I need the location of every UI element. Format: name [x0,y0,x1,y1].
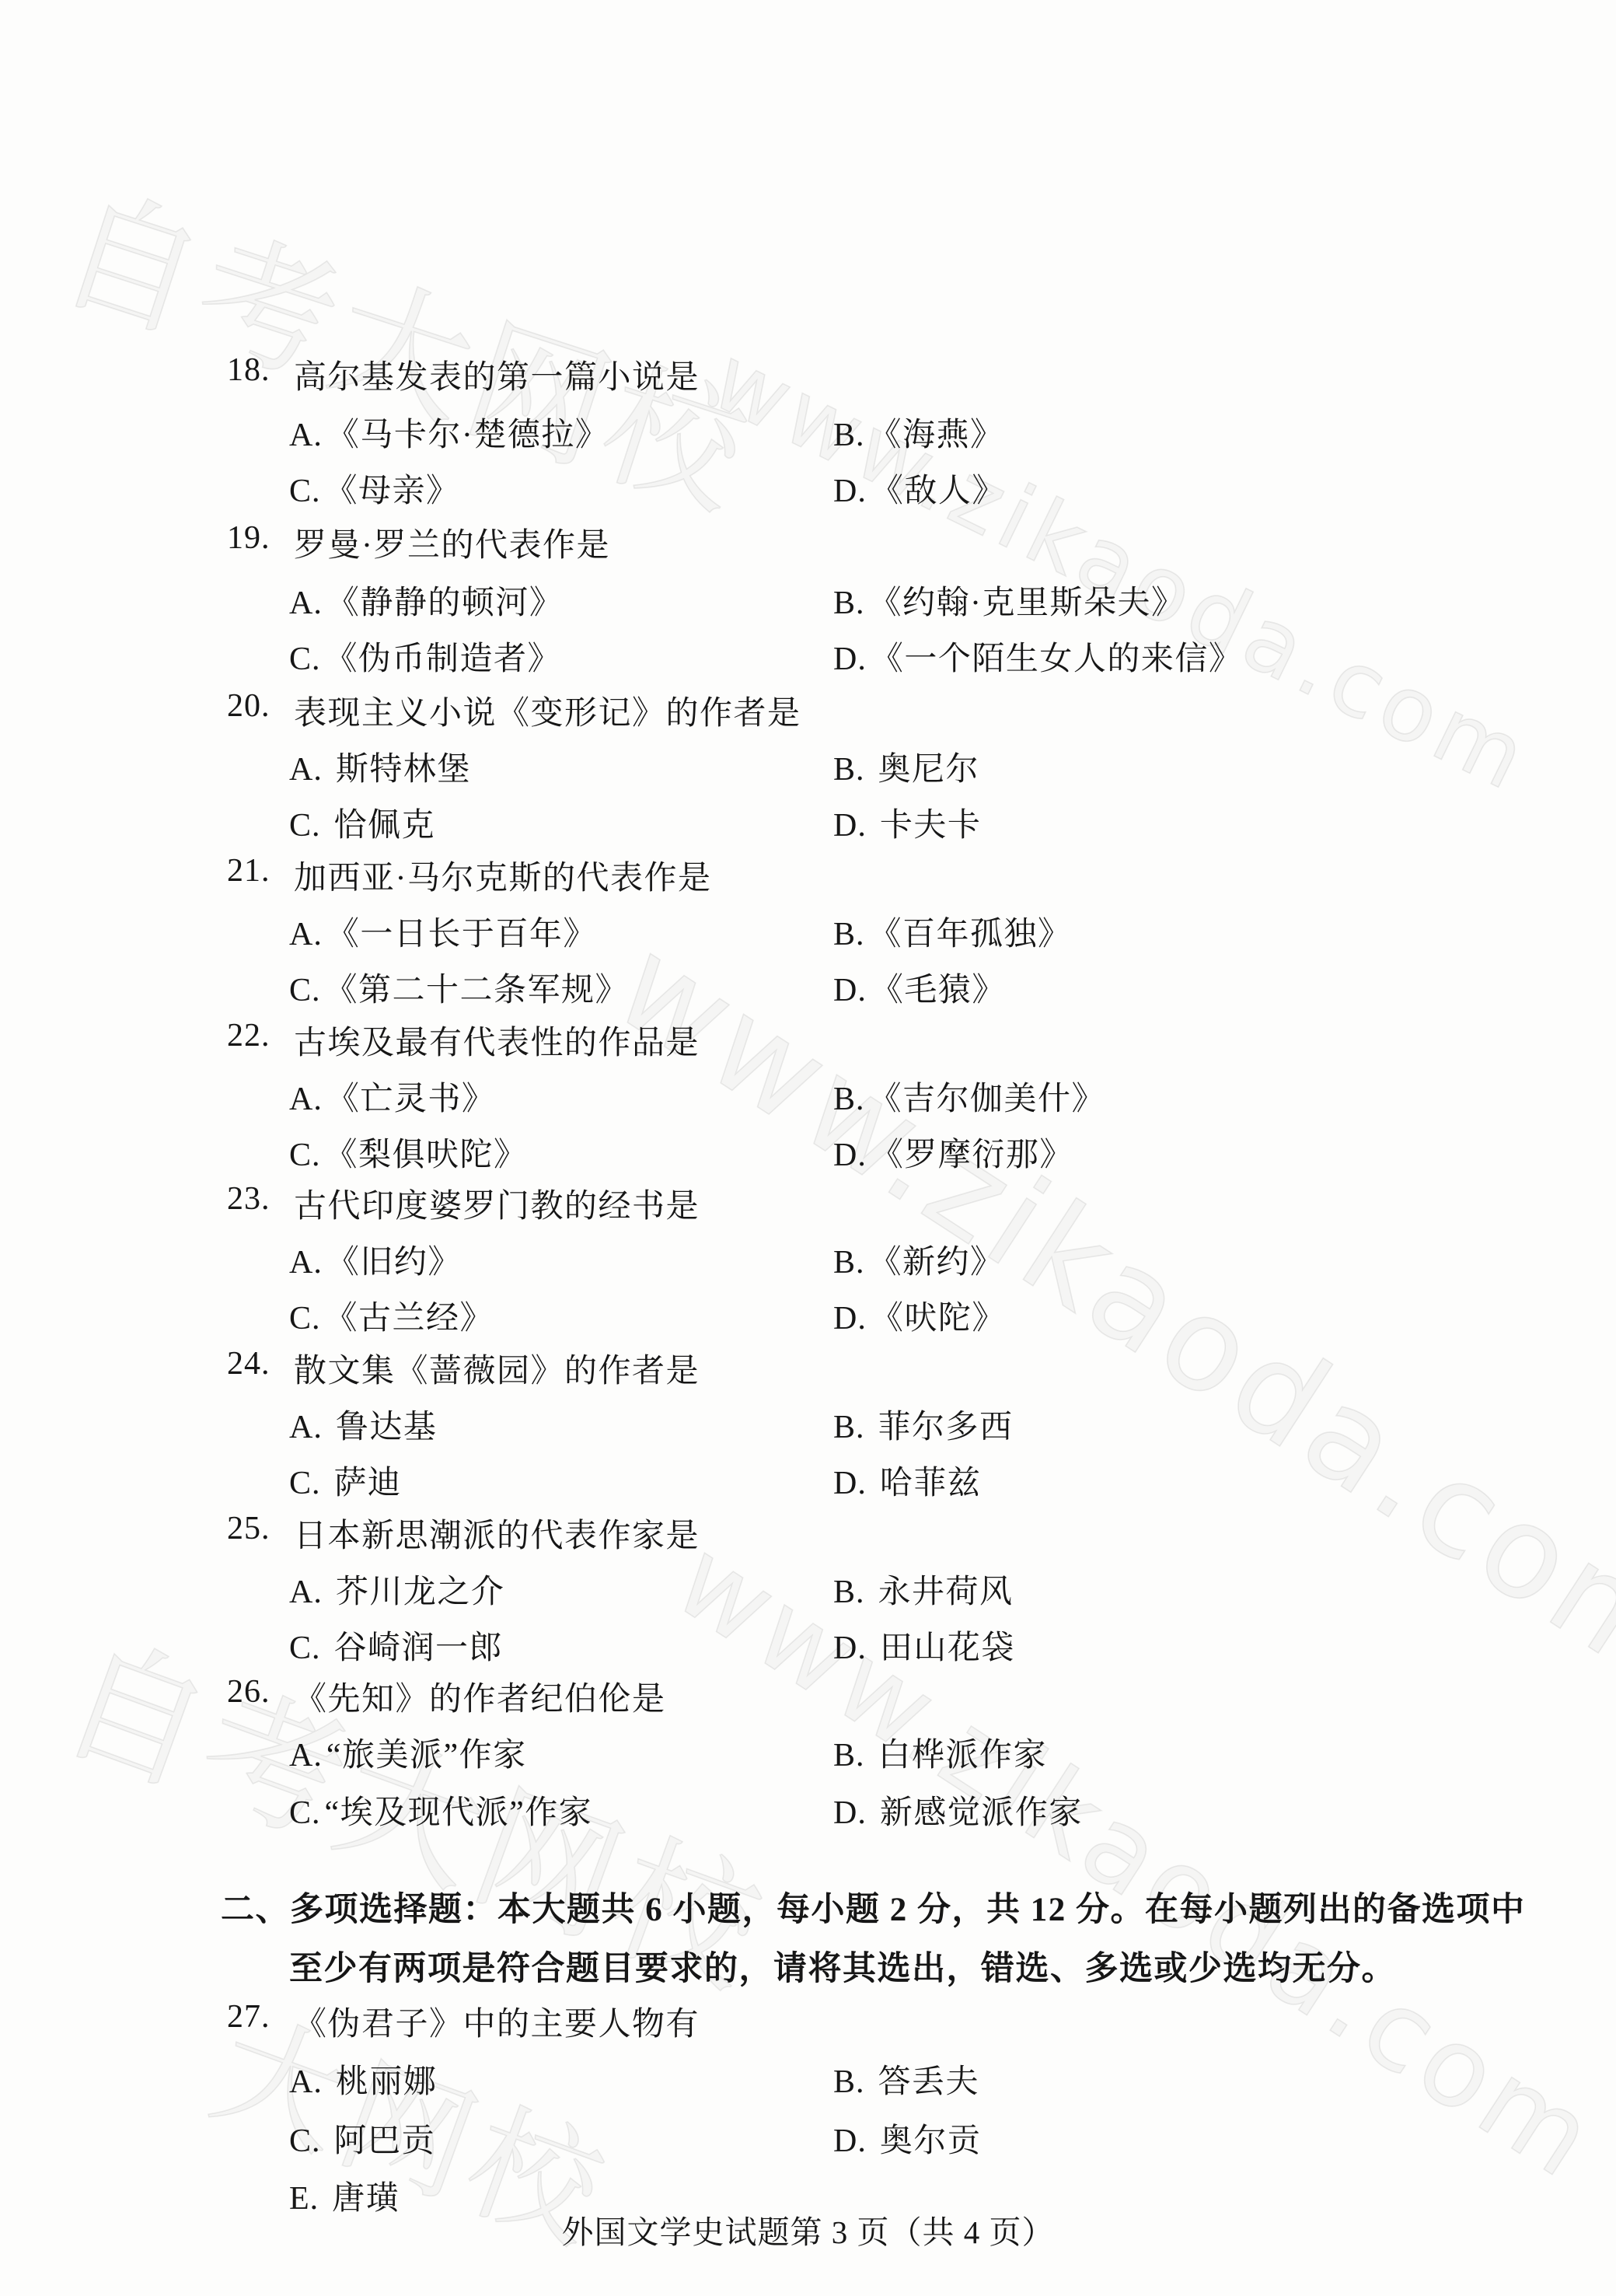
question-24-options-row-1: A. 鲁达基 B. 菲尔多西 [0,1401,1616,1457]
option-label: A. [289,1574,323,1610]
question-26: 26. 《先知》的作者纪伯伦是 [0,1673,1616,1729]
question-text: 《伪君子》中的主要人物有 [294,1998,700,2045]
question-text: 《先知》的作者纪伯伦是 [294,1673,666,1720]
option-label: D. [833,1466,867,1501]
option-a: A. 鲁达基 [289,1401,437,1448]
question-19-options-row-2: C.《伪币制造者》 D.《一个陌生女人的来信》 [0,633,1616,689]
option-label: C. [289,808,321,844]
question-18-options-row-1: A.《马卡尔·楚德拉》 B.《海燕》 [0,409,1616,465]
option-text: 《海燕》 [869,418,1004,453]
option-a: A. 芥川龙之介 [289,1566,504,1613]
option-text: 桃丽娜 [326,2064,438,2100]
question-21-options-row-1: A.《一日长于百年》 B.《百年孤独》 [0,908,1616,964]
option-label: A. [289,585,323,621]
option-d: D. 田山花袋 [833,1622,1015,1669]
option-label: A. [289,917,323,952]
option-text: 田山花袋 [871,1630,1015,1666]
option-label: C. [289,973,321,1008]
option-c: C. 恰佩克 [289,799,435,846]
question-18-options-row-2: C.《母亲》 D.《敌人》 [0,465,1616,521]
option-label: A. [289,418,323,453]
question-text: 古埃及最有代表性的作品是 [294,1017,700,1064]
question-27-options-row-1: A. 桃丽娜 B. 答丢夫 [0,2056,1616,2112]
question-19: 19. 罗曼·罗兰的代表作是 [0,519,1616,575]
option-label: D. [833,1795,867,1831]
option-a: A. 斯特林堡 [289,743,471,790]
question-22: 22. 古埃及最有代表性的作品是 [0,1017,1616,1073]
question-23-options-row-1: A.《旧约》 B.《新约》 [0,1236,1616,1292]
option-label: B. [833,1738,865,1774]
question-27: 27. 《伪君子》中的主要人物有 [0,1998,1616,2054]
option-b: B.《新约》 [833,1236,1004,1283]
option-d: D.《一个陌生女人的来信》 [833,633,1242,680]
option-text: 《毛猿》 [871,973,1006,1008]
question-22-options-row-2: C.《梨俱吠陀》 D.《罗摩衍那》 [0,1129,1616,1185]
option-text: 《一日长于百年》 [326,917,597,952]
option-text: 《罗摩衍那》 [871,1138,1073,1173]
option-b: B. 答丢夫 [833,2056,979,2102]
option-label: B. [833,1245,865,1281]
question-number: 27. [227,1998,270,2036]
option-text: 《吉尔伽美什》 [869,1082,1106,1117]
question-24: 24. 散文集《蔷薇园》的作者是 [0,1345,1616,1401]
option-d: D.《毛猿》 [833,964,1006,1011]
question-21-options-row-2: C.《第二十二条军规》 D.《毛猿》 [0,964,1616,1020]
option-b: B. 白桦派作家 [833,1729,1047,1776]
question-25-options-row-2: C. 谷崎润一郎 D. 田山花袋 [0,1622,1616,1678]
option-b: B.《百年孤独》 [833,908,1072,955]
option-label: D. [833,474,867,509]
option-c: C. 萨迪 [289,1457,402,1504]
option-c: C.《古兰经》 [289,1292,494,1339]
question-25-options-row-1: A. 芥川龙之介 B. 永井荷风 [0,1566,1616,1622]
exam-page: 自考大网校 www.zikaoda.com www.zikaoda.com 自考… [0,0,1616,2296]
option-label: C. [289,474,321,509]
option-label: D. [833,808,867,844]
option-label: C. [289,1795,321,1831]
option-text: 奥尼尔 [869,752,980,788]
option-d: D. 奥尔贡 [833,2115,981,2161]
question-number: 22. [227,1017,270,1054]
option-a: A.《亡灵书》 [289,1073,495,1120]
question-text: 高尔基发表的第一篇小说是 [294,351,700,398]
option-a: A.《静静的顿河》 [289,577,563,624]
option-c: C.《伪币制造者》 [289,633,561,680]
option-b: B.《海燕》 [833,409,1004,456]
option-text: 《古兰经》 [325,1301,494,1337]
question-number: 23. [227,1180,270,1218]
option-text: 永井荷风 [869,1574,1014,1610]
option-d: D. 新感觉派作家 [833,1787,1083,1833]
option-label: B. [833,1082,865,1117]
question-20-options-row-1: A. 斯特林堡 B. 奥尼尔 [0,743,1616,799]
question-text: 日本新思潮派的代表作家是 [294,1510,700,1557]
option-text: 奥尔贡 [871,2123,982,2159]
question-19-options-row-1: A.《静静的顿河》 B.《约翰·克里斯朵夫》 [0,577,1616,633]
option-label: B. [833,1410,865,1445]
option-text: 新感觉派作家 [871,1795,1083,1831]
option-text: 《梨俱吠陀》 [325,1138,528,1173]
option-text: 《约翰·克里斯朵夫》 [869,585,1185,621]
option-label: D. [833,2123,867,2159]
option-text: 芥川龙之介 [326,1574,505,1610]
option-text: 《马卡尔·楚德拉》 [326,418,609,453]
option-a: A.“旅美派”作家 [289,1729,527,1776]
option-text: 菲尔多西 [869,1410,1014,1445]
option-c: C.《母亲》 [289,465,460,512]
option-label: B. [833,917,865,952]
option-b: B. 奥尼尔 [833,743,979,790]
option-label: C. [289,1466,321,1501]
option-label: C. [289,1138,321,1173]
option-b: B.《约翰·克里斯朵夫》 [833,577,1185,624]
option-a: A.《一日长于百年》 [289,908,597,955]
option-text: 《一个陌生女人的来信》 [871,641,1243,677]
option-text: 《敌人》 [871,474,1006,509]
option-label: B. [833,418,865,453]
question-number: 18. [227,351,270,389]
option-label: D. [833,1138,867,1173]
option-label: C. [289,1630,321,1666]
option-label: B. [833,752,865,788]
option-c: C.“埃及现代派”作家 [289,1787,592,1833]
question-27-options-row-2: C. 阿巴贡 D. 奥尔贡 [0,2115,1616,2171]
option-label: D. [833,973,867,1008]
option-text: 鲁达基 [326,1410,438,1445]
question-18: 18. 高尔基发表的第一篇小说是 [0,351,1616,407]
question-23-options-row-2: C.《古兰经》 D.《吠陀》 [0,1292,1616,1348]
question-number: 25. [227,1510,270,1547]
option-c: C. 阿巴贡 [289,2115,435,2161]
option-text: 《亡灵书》 [326,1082,496,1117]
option-label: A. [289,2064,323,2100]
option-text: 《百年孤独》 [869,917,1072,952]
page-footer: 外国文学史试题第 3 页（共 4 页） [0,2207,1616,2252]
option-text: 《静静的顿河》 [326,585,564,621]
option-label: B. [833,2064,865,2100]
section-2-header-line-2: 至少有两项是符合题目要求的，请将其选出，错选、多选或少选均无分。 [289,1942,1396,1990]
option-text: 卡夫卡 [871,808,982,844]
option-b: B. 菲尔多西 [833,1401,1014,1448]
option-c: C. 谷崎润一郎 [289,1622,503,1669]
option-label: A. [289,1245,323,1281]
option-label: A. [289,752,323,788]
option-text: 《吠陀》 [871,1301,1006,1337]
option-text: 《第二十二条军规》 [325,973,630,1008]
option-c: C.《第二十二条军规》 [289,964,629,1011]
option-d: D.《敌人》 [833,465,1006,512]
option-text: “旅美派”作家 [326,1738,527,1774]
option-c: C.《梨俱吠陀》 [289,1129,528,1176]
option-text: 斯特林堡 [326,752,471,788]
option-text: 《伪币制造者》 [325,641,562,677]
question-number: 24. [227,1345,270,1382]
option-label: A. [289,1410,323,1445]
option-label: D. [833,1301,867,1337]
question-24-options-row-2: C. 萨迪 D. 哈菲兹 [0,1457,1616,1513]
question-21: 21. 加西亚·马尔克斯的代表作是 [0,852,1616,908]
option-text: 《新约》 [869,1245,1004,1281]
question-25: 25. 日本新思潮派的代表作家是 [0,1510,1616,1566]
option-d: D. 卡夫卡 [833,799,981,846]
option-label: D. [833,641,867,677]
option-label: B. [833,1574,865,1610]
question-26-options-row-2: C.“埃及现代派”作家 D. 新感觉派作家 [0,1787,1616,1843]
option-text: 哈菲兹 [871,1466,982,1501]
option-label: C. [289,2123,321,2159]
option-text: 《旧约》 [326,1245,462,1281]
option-label: C. [289,1301,321,1337]
option-text: 阿巴贡 [325,2123,436,2159]
option-label: B. [833,585,865,621]
option-text: “埃及现代派”作家 [325,1795,593,1831]
section-2-header-line-1: 二、多项选择题：本大题共 6 小题，每小题 2 分，共 12 分。在每小题列出的… [221,1883,1526,1931]
question-text: 散文集《蔷薇园》的作者是 [294,1345,700,1392]
question-23: 23. 古代印度婆罗门教的经书是 [0,1180,1616,1236]
option-a: A. 桃丽娜 [289,2056,437,2102]
option-label: D. [833,1630,867,1666]
question-text: 表现主义小说《变形记》的作者是 [294,687,801,734]
option-b: B. 永井荷风 [833,1566,1014,1613]
question-number: 20. [227,687,270,725]
option-d: D.《吠陀》 [833,1292,1006,1339]
question-text: 古代印度婆罗门教的经书是 [294,1180,700,1227]
question-22-options-row-1: A.《亡灵书》 B.《吉尔伽美什》 [0,1073,1616,1129]
option-a: A.《旧约》 [289,1236,462,1283]
question-26-options-row-1: A.“旅美派”作家 B. 白桦派作家 [0,1729,1616,1785]
question-number: 21. [227,852,270,889]
option-text: 《母亲》 [325,474,460,509]
question-20-options-row-2: C. 恰佩克 D. 卡夫卡 [0,799,1616,855]
option-a: A.《马卡尔·楚德拉》 [289,409,609,456]
option-label: C. [289,641,321,677]
option-text: 白桦派作家 [869,1738,1048,1774]
question-20: 20. 表现主义小说《变形记》的作者是 [0,687,1616,743]
option-text: 萨迪 [325,1466,402,1501]
question-number: 26. [227,1673,270,1711]
option-d: D.《罗摩衍那》 [833,1129,1073,1176]
option-text: 答丢夫 [869,2064,980,2100]
option-d: D. 哈菲兹 [833,1457,981,1504]
question-text: 罗曼·罗兰的代表作是 [294,519,610,566]
question-text: 加西亚·马尔克斯的代表作是 [294,852,712,899]
option-text: 恰佩克 [325,808,436,844]
option-text: 谷崎润一郎 [325,1630,504,1666]
option-label: A. [289,1082,323,1117]
option-label: A. [289,1738,323,1774]
option-b: B.《吉尔伽美什》 [833,1073,1105,1120]
question-number: 19. [227,519,270,557]
